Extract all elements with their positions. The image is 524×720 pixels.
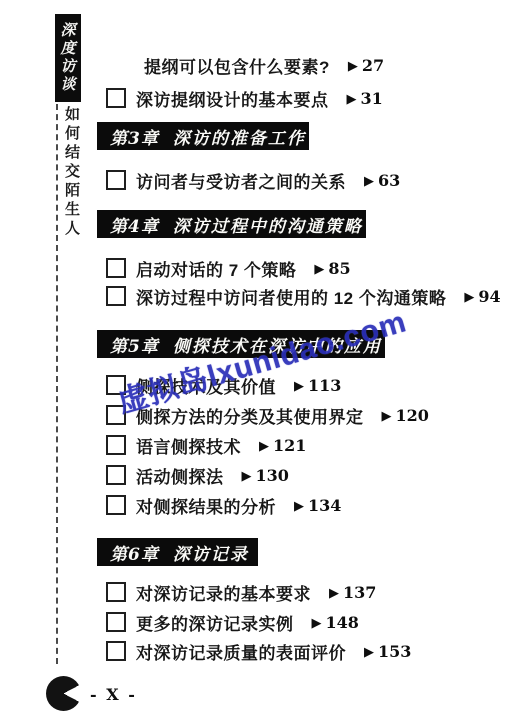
arrow-icon: ▶ xyxy=(348,59,358,72)
page-ref: ▶ 27 xyxy=(348,56,384,75)
checkbox-icon xyxy=(106,435,126,455)
checkbox-icon xyxy=(106,612,126,632)
arrow-icon: ▶ xyxy=(464,290,474,303)
arrow-icon: ▶ xyxy=(364,174,374,187)
arrow-icon: ▶ xyxy=(347,92,357,105)
chapter-label: 第3章 xyxy=(110,124,159,149)
checkbox-icon xyxy=(106,465,126,485)
page-ref: ▶ 148 xyxy=(312,613,359,632)
series-title-text: 深度访谈 xyxy=(58,22,79,94)
chapter-heading: 第6章 深访记录 xyxy=(97,538,258,566)
checkbox-icon xyxy=(106,170,126,190)
arrow-icon: ▶ xyxy=(242,469,252,482)
chapter-title: 深访记录 xyxy=(173,540,249,565)
toc-item-text: 启动对话的 7 个策略 xyxy=(136,256,296,281)
toc-item-text: 提纲可以包含什么要素? xyxy=(144,53,330,78)
pacman-logo-icon xyxy=(46,676,81,711)
toc-item: 更多的深访记录实例 ▶ 148 xyxy=(106,611,359,633)
arrow-icon: ▶ xyxy=(382,409,392,422)
arrow-icon: ▶ xyxy=(312,616,322,629)
page-ref: ▶ 134 xyxy=(294,496,341,515)
page-ref: ▶ 31 xyxy=(347,89,383,108)
page-number: 85 xyxy=(328,259,350,278)
arrow-icon: ▶ xyxy=(294,499,304,512)
toc-item-text: 对深访记录的基本要求 xyxy=(136,580,311,605)
toc-item: 深访提纲设计的基本要点 ▶ 31 xyxy=(106,87,383,109)
arrow-icon: ▶ xyxy=(314,262,324,275)
toc-item-text: 语言侧探技术 xyxy=(136,433,241,458)
checkbox-icon xyxy=(106,286,126,306)
page-ref: ▶ 63 xyxy=(364,171,400,190)
toc-item: 语言侧探技术 ▶ 121 xyxy=(106,434,306,456)
toc-item: 对深访记录的基本要求 ▶ 137 xyxy=(106,581,376,603)
toc-item-text: 活动侧探法 xyxy=(136,463,224,488)
toc-item: 深访过程中访问者使用的 12 个沟通策略 ▶ 94 xyxy=(106,285,501,307)
book-toc-page: 深度访谈 如何结交陌生人 提纲可以包含什么要素? ▶ 27 深访提纲设计的基本要… xyxy=(0,0,524,720)
page-ref: ▶ 137 xyxy=(329,583,376,602)
page-number: 134 xyxy=(308,496,341,515)
page-ref: ▶ 153 xyxy=(364,642,411,661)
page-number: 148 xyxy=(326,613,359,632)
checkbox-icon xyxy=(106,258,126,278)
checkbox-icon xyxy=(106,88,126,108)
spine-dashed-line xyxy=(56,104,58,664)
page-number: 137 xyxy=(343,583,376,602)
page-number: 27 xyxy=(362,56,384,75)
toc-item: 访问者与受访者之间的关系 ▶ 63 xyxy=(106,169,400,191)
chapter-heading: 第3章 深访的准备工作 xyxy=(97,122,309,150)
toc-item: 对侧探结果的分析 ▶ 134 xyxy=(106,494,341,516)
arrow-icon: ▶ xyxy=(259,439,269,452)
chapter-label: 第4章 xyxy=(110,212,159,237)
toc-item: 启动对话的 7 个策略 ▶ 85 xyxy=(106,257,351,279)
toc-item-text: 访问者与受访者之间的关系 xyxy=(136,168,346,193)
page-ref: ▶ 121 xyxy=(259,436,306,455)
page-number: 130 xyxy=(256,466,289,485)
arrow-icon: ▶ xyxy=(294,379,304,392)
page-ref: ▶ 120 xyxy=(382,406,429,425)
checkbox-icon xyxy=(106,495,126,515)
checkbox-icon xyxy=(106,641,126,661)
page-ref: ▶ 94 xyxy=(464,287,500,306)
page-number: 63 xyxy=(378,171,400,190)
arrow-icon: ▶ xyxy=(364,645,374,658)
toc-item: 提纲可以包含什么要素? ▶ 27 xyxy=(144,54,384,76)
folio-page-number: - X - xyxy=(90,685,137,704)
toc-item-text: 对深访记录质量的表面评价 xyxy=(136,639,346,664)
page-ref: ▶ 85 xyxy=(314,259,350,278)
chapter-label: 第5章 xyxy=(110,332,159,357)
page-number: 121 xyxy=(273,436,306,455)
toc-item-text: 更多的深访记录实例 xyxy=(136,610,294,635)
series-title-vertical: 深度访谈 xyxy=(55,14,81,102)
page-ref: ▶ 113 xyxy=(294,376,341,395)
chapter-label: 第6章 xyxy=(110,540,159,565)
book-title-vertical: 如何结交陌生人 xyxy=(61,106,82,239)
toc-item: 活动侧探法 ▶ 130 xyxy=(106,464,289,486)
page-number: 113 xyxy=(308,376,341,395)
checkbox-icon xyxy=(106,582,126,602)
page-number: 120 xyxy=(396,406,429,425)
page-number: 31 xyxy=(361,89,383,108)
chapter-title: 深访过程中的沟通策略 xyxy=(173,212,363,237)
page-number: 153 xyxy=(378,642,411,661)
arrow-icon: ▶ xyxy=(329,586,339,599)
chapter-title: 深访的准备工作 xyxy=(173,124,306,149)
toc-item: 对深访记录质量的表面评价 ▶ 153 xyxy=(106,640,411,662)
chapter-heading: 第4章 深访过程中的沟通策略 xyxy=(97,210,366,238)
page-number: 94 xyxy=(478,287,500,306)
page-ref: ▶ 130 xyxy=(242,466,289,485)
toc-item-text: 对侧探结果的分析 xyxy=(136,493,276,518)
toc-item-text: 深访提纲设计的基本要点 xyxy=(136,86,329,111)
